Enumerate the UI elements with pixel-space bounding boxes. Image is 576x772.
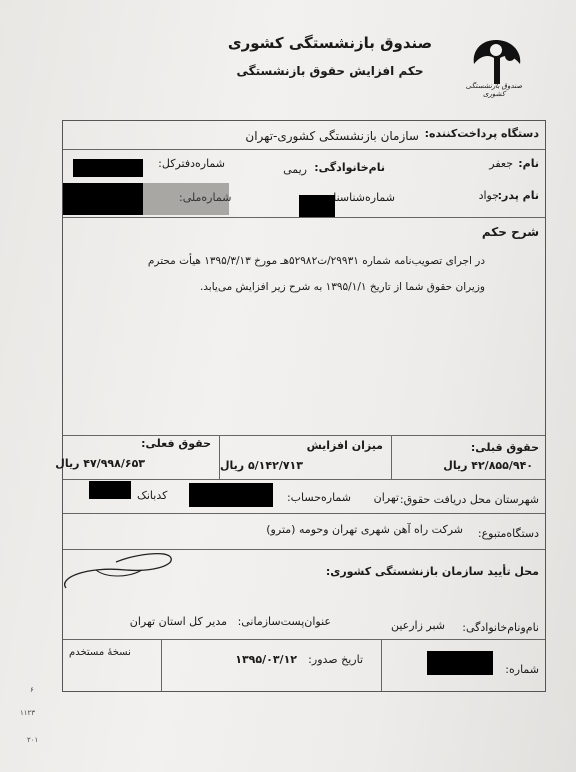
account-no-redacted: [189, 483, 273, 507]
issue-date-value: ۱۳۹۵/۰۳/۱۲: [235, 653, 297, 666]
last-name-label: نام‌خانوادگی:: [314, 161, 385, 174]
ledger-no-redacted: [73, 159, 143, 177]
national-id-label: شماره‌ملی:: [179, 191, 231, 204]
ruling-label: شرح حکم: [482, 225, 539, 239]
payer-value: سازمان بازنشستگی کشوری-تهران: [245, 129, 419, 143]
employer-value: شرکت راه آهن شهری تهران وحومه (مترو): [266, 523, 463, 536]
bank-code-redacted: [89, 481, 131, 499]
employer-label: دستگاه‌متبوع:: [478, 527, 539, 540]
ruling-form: دستگاه پرداخت‌کننده: سازمان بازنشستگی کش…: [62, 120, 546, 692]
payment-city-value: تهران: [374, 491, 399, 504]
increase-label: میزان افزایش: [307, 439, 383, 452]
logo-caption: صندوق بازنشستگی کشوری: [454, 82, 534, 98]
current-salary-label: حقوق فعلی:: [141, 437, 211, 450]
issue-date-label: تاریخ صدور:: [308, 653, 363, 666]
previous-salary-label: حقوق قبلی:: [471, 441, 539, 454]
number-redacted: [427, 651, 493, 675]
signer-title-label: عنوان‌پست‌سازمانی:: [238, 615, 331, 628]
bank-code-label: کدبانک: [137, 489, 167, 502]
father-name-label: نام پدر:: [498, 189, 539, 202]
doc-title: حکم افزایش حقوق بازنشستگی: [220, 64, 440, 78]
ruling-line-1: در اجرای تصویب‌نامه شماره ۲۹۹۳۱/ت۵۲۹۸۲هـ…: [148, 255, 485, 267]
payment-city-label: شهرستان محل دریافت حقوق:: [400, 493, 539, 506]
current-salary-value: ۴۷/۹۹۸/۶۵۳ ریال: [55, 457, 145, 470]
payer-label: دستگاه پرداخت‌کننده:: [425, 127, 539, 140]
ledger-no-label: شماره‌دفترکل:: [158, 157, 225, 170]
approval-label: محل تأیید سازمان بازنشستگی کشوری:: [326, 565, 539, 578]
number-label: شماره:: [505, 663, 539, 676]
account-no-label: شماره‌حساب:: [287, 491, 351, 504]
father-name-value: جواد: [479, 189, 499, 202]
margin-note-1: ۶: [30, 686, 34, 694]
copy-label: نسخهٔ مستخدم: [69, 647, 131, 658]
first-name-value: جعفر: [489, 157, 513, 170]
id-no-redacted: [299, 195, 335, 217]
signer-name-value: شبر زارعین: [391, 619, 445, 632]
signer-name-label: نام‌ونام‌خانوادگی:: [462, 621, 539, 634]
margin-note-3: ۲۰۱: [27, 736, 38, 744]
first-name-label: نام:: [518, 157, 539, 170]
signer-title-value: مدیر کل استان تهران: [130, 615, 227, 628]
national-id-redacted: [63, 183, 143, 215]
signature-icon: [56, 548, 186, 598]
margin-note-2: ۱۱۲۳: [20, 709, 35, 717]
last-name-value: ریمی: [283, 163, 307, 176]
previous-salary-value: ۴۲/۸۵۵/۹۴۰ ریال: [443, 459, 533, 472]
document-header: صندوق بازنشستگی کشوری حکم افزایش حقوق با…: [180, 30, 540, 100]
increase-value: ۵/۱۴۲/۷۱۳ ریال: [220, 459, 303, 472]
org-title: صندوق بازنشستگی کشوری: [220, 34, 440, 52]
ruling-line-2: وزیران حقوق شما از تاریخ ۱۳۹۵/۱/۱ به شرح…: [200, 281, 485, 293]
